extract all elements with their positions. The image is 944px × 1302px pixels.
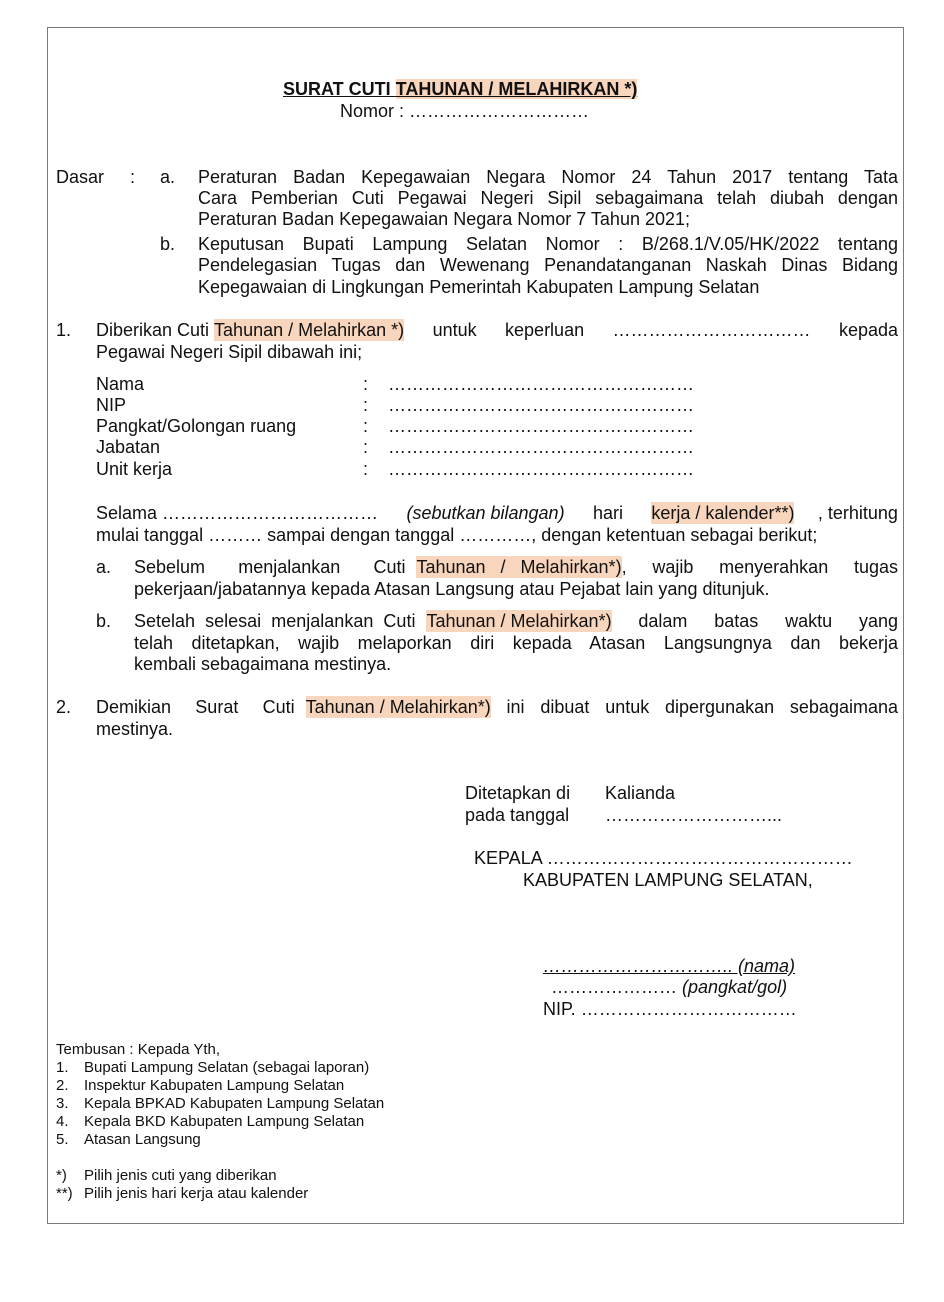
sub-a-post: , wajib menyerahkan tugas	[622, 556, 898, 578]
nomor-line: Nomor : …………………………	[340, 100, 589, 122]
field-nama-colon: :	[363, 373, 368, 395]
dasar-colon: :	[130, 166, 135, 188]
tembusan-num-4: 4.	[56, 1113, 69, 1131]
field-nip-value: ……………………………………………	[388, 394, 694, 416]
sub-a-pre: Sebelum menjalankan Cuti	[134, 556, 416, 578]
point1-number: 1.	[56, 319, 71, 341]
tembusan-num-3: 3.	[56, 1095, 69, 1113]
sub-a-highlight: Tahunan / Melahirkan*)	[416, 556, 621, 578]
field-jabatan-colon: :	[363, 436, 368, 458]
field-unit-value: ……………………………………………	[388, 458, 694, 480]
selama-line2: mulai tanggal ……… sampai dengan tanggal …	[96, 524, 817, 546]
pangkat-dots: …………………	[551, 977, 682, 997]
sub-b-line2: telah ditetapkan, wajib melaporkan diri …	[134, 632, 898, 654]
point2-number: 2.	[56, 696, 71, 718]
dasar-a-marker: a.	[160, 166, 175, 188]
selama-highlight: kerja / kalender**)	[651, 502, 794, 524]
point1-line1-pre: Diberikan Cuti	[96, 319, 214, 341]
footnote-2-mark: **)	[56, 1185, 73, 1203]
field-unit-label: Unit kerja	[96, 458, 172, 480]
field-nip-colon: :	[363, 394, 368, 416]
sub-a-line2: pekerjaan/jabatannya kepada Atasan Langs…	[134, 578, 770, 600]
dasar-b-line1: Keputusan Bupati Lampung Selatan Nomor :…	[198, 233, 898, 255]
field-jabatan-value: ……………………………………………	[388, 436, 694, 458]
tembusan-num-2: 2.	[56, 1077, 69, 1095]
point1-line1: Diberikan Cuti Tahunan / Melahirkan *) u…	[96, 319, 898, 341]
title-highlight: TAHUNAN / MELAHIRKAN *)	[396, 79, 638, 99]
tembusan-item-1: Bupati Lampung Selatan (sebagai laporan)	[84, 1059, 369, 1077]
kabupaten-line: KABUPATEN LAMPUNG SELATAN,	[523, 869, 813, 891]
sub-a-line1: Sebelum menjalankan Cuti Tahunan / Melah…	[134, 556, 898, 578]
field-pangkat-value: ……………………………………………	[388, 415, 694, 437]
field-pangkat-colon: :	[363, 415, 368, 437]
kepala-line: KEPALA ……………………………………………	[474, 847, 853, 869]
title-text: SURAT CUTI	[283, 79, 396, 99]
point1-highlight: Tahunan / Melahirkan *)	[214, 319, 404, 341]
dasar-b-line3: Kepegawaian di Lingkungan Pemerintah Kab…	[198, 276, 759, 298]
tanggal-label: pada tanggal	[465, 804, 569, 826]
tembusan-item-2: Inspektur Kabupaten Lampung Selatan	[84, 1077, 344, 1095]
tembusan-item-5: Atasan Langsung	[84, 1131, 201, 1149]
tembusan-item-3: Kepala BPKAD Kabupaten Lampung Selatan	[84, 1095, 384, 1113]
sub-b-marker: b.	[96, 610, 111, 632]
dasar-a-line2: Cara Pemberian Cuti Pegawai Negeri Sipil…	[198, 187, 898, 209]
field-unit-colon: :	[363, 458, 368, 480]
tembusan-num-1: 1.	[56, 1059, 69, 1077]
signatory-name-text: ………………………….. (nama)	[543, 956, 795, 976]
sub-b-highlight: Tahunan / Melahirkan*)	[426, 610, 611, 632]
dasar-a-line1: Peraturan Badan Kepegawaian Negara Nomor…	[198, 166, 898, 188]
field-jabatan-label: Jabatan	[96, 436, 160, 458]
dasar-a-line3: Peraturan Badan Kepegawaian Negara Nomor…	[198, 208, 690, 230]
point1-line2: Pegawai Negeri Sipil dibawah ini;	[96, 341, 362, 363]
field-nama-value: ……………………………………………	[388, 373, 694, 395]
sub-b-pre: Setelah selesai menjalankan Cuti	[134, 610, 426, 632]
field-pangkat-label: Pangkat/Golongan ruang	[96, 415, 296, 437]
tanggal-value: ………………………...	[605, 804, 782, 826]
tembusan-num-5: 5.	[56, 1131, 69, 1149]
point2-line2: mestinya.	[96, 718, 173, 740]
footnote-2-text: Pilih jenis hari kerja atau kalender	[84, 1185, 308, 1203]
ditetapkan-label: Ditetapkan di	[465, 782, 570, 804]
sub-a-marker: a.	[96, 556, 111, 578]
pangkat-label: (pangkat/gol)	[682, 977, 787, 997]
selama-pre: Selama ………………………………	[96, 502, 383, 524]
field-nama-label: Nama	[96, 373, 144, 395]
document-title: SURAT CUTI TAHUNAN / MELAHIRKAN *)	[283, 79, 637, 100]
dasar-b-line2: Pendelegasian Tugas dan Wewenang Penanda…	[198, 254, 898, 276]
footnote-1-text: Pilih jenis cuti yang diberikan	[84, 1167, 277, 1185]
footnote-1-mark: *)	[56, 1167, 67, 1185]
dasar-b-marker: b.	[160, 233, 175, 255]
signatory-pangkat: ………………… (pangkat/gol)	[551, 976, 787, 998]
selama-italic: (sebutkan bilangan)	[406, 502, 564, 524]
sub-b-line1: Setelah selesai menjalankan Cuti Tahunan…	[134, 610, 898, 632]
point2-highlight: Tahunan / Melahirkan*)	[306, 696, 491, 718]
point2-post: ini dibuat untuk dipergunakan sebagaiman…	[491, 696, 898, 718]
selama-line1: Selama ……………………………… (sebutkan bilangan) …	[96, 502, 898, 524]
point2-pre: Demikian Surat Cuti	[96, 696, 306, 718]
selama-post: , terhitung	[818, 502, 898, 524]
signatory-name: ………………………….. (nama)	[543, 955, 795, 977]
point1-line1-post: untuk keperluan …………………………… kepada	[404, 319, 898, 341]
field-nip-label: NIP	[96, 394, 126, 416]
sub-b-line3: kembali sebagaimana mestinya.	[134, 653, 391, 675]
ditetapkan-value: Kalianda	[605, 782, 675, 804]
point2-line1: Demikian Surat Cuti Tahunan / Melahirkan…	[96, 696, 898, 718]
dasar-label: Dasar	[56, 166, 104, 188]
sub-b-post: dalam batas waktu yang	[612, 610, 898, 632]
tembusan-item-4: Kepala BKD Kabupaten Lampung Selatan	[84, 1113, 364, 1131]
tembusan-heading: Tembusan : Kepada Yth,	[56, 1041, 220, 1059]
signatory-nip: NIP. ………………………………	[543, 998, 797, 1020]
selama-mid: hari	[588, 502, 628, 524]
